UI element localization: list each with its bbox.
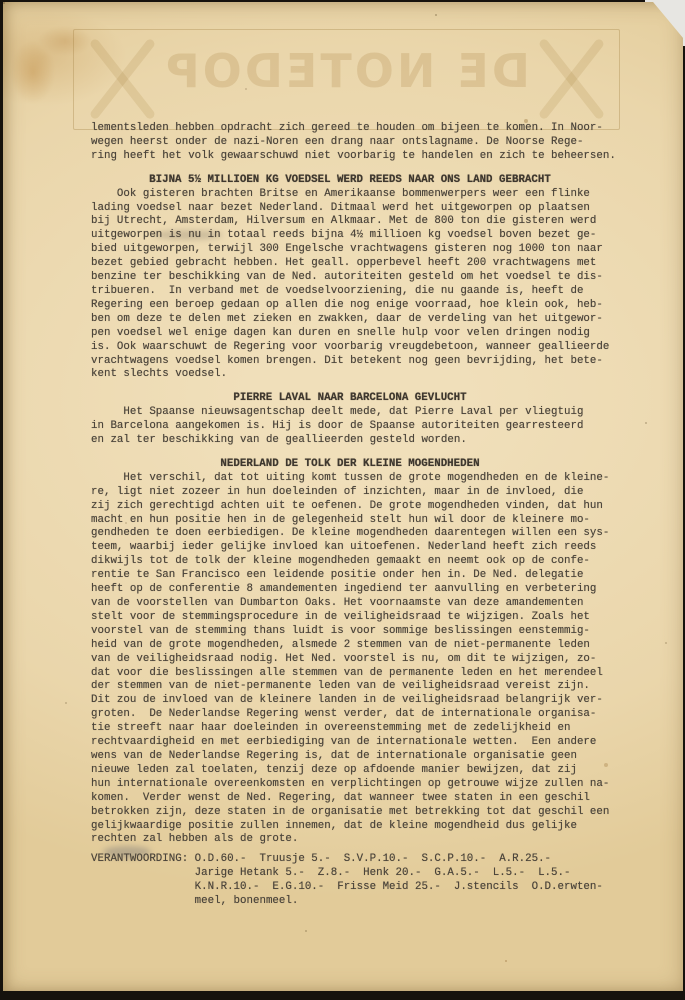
document-page: DE NOTEDOP lementsleden hebben opdracht … (3, 2, 683, 991)
paper-stain (3, 20, 103, 115)
section-body-food-drops: Ook gisteren brachten Britse en Amerikaa… (91, 188, 626, 383)
continuation-paragraph: lementsleden hebben opdracht zich gereed… (91, 122, 626, 164)
section-heading-small-powers: NEDERLAND DE TOLK DER KLEINE MOGENDHEDEN (91, 458, 609, 472)
section-body-small-powers: Het verschil, dat tot uiting komt tussen… (91, 472, 626, 847)
section-body-laval: Het Spaanse nieuwsagentschap deelt mede,… (91, 406, 626, 448)
ghost-masthead-title: DE NOTEDOP (74, 44, 619, 98)
section-heading-food-drops: BIJNA 5½ MILLIOEN KG VOEDSEL WERD REEDS … (91, 174, 609, 188)
paper-specks (3, 2, 5, 4)
typed-text-column: lementsleden hebben opdracht zich gereed… (91, 122, 626, 909)
funding-acknowledgement: VERANTWOORDING: O.D.60.- Truusje 5.- S.V… (91, 853, 626, 909)
ghost-masthead: DE NOTEDOP (73, 29, 620, 130)
section-heading-laval: PIERRE LAVAL NAAR BARCELONA GEVLUCHT (91, 392, 609, 406)
